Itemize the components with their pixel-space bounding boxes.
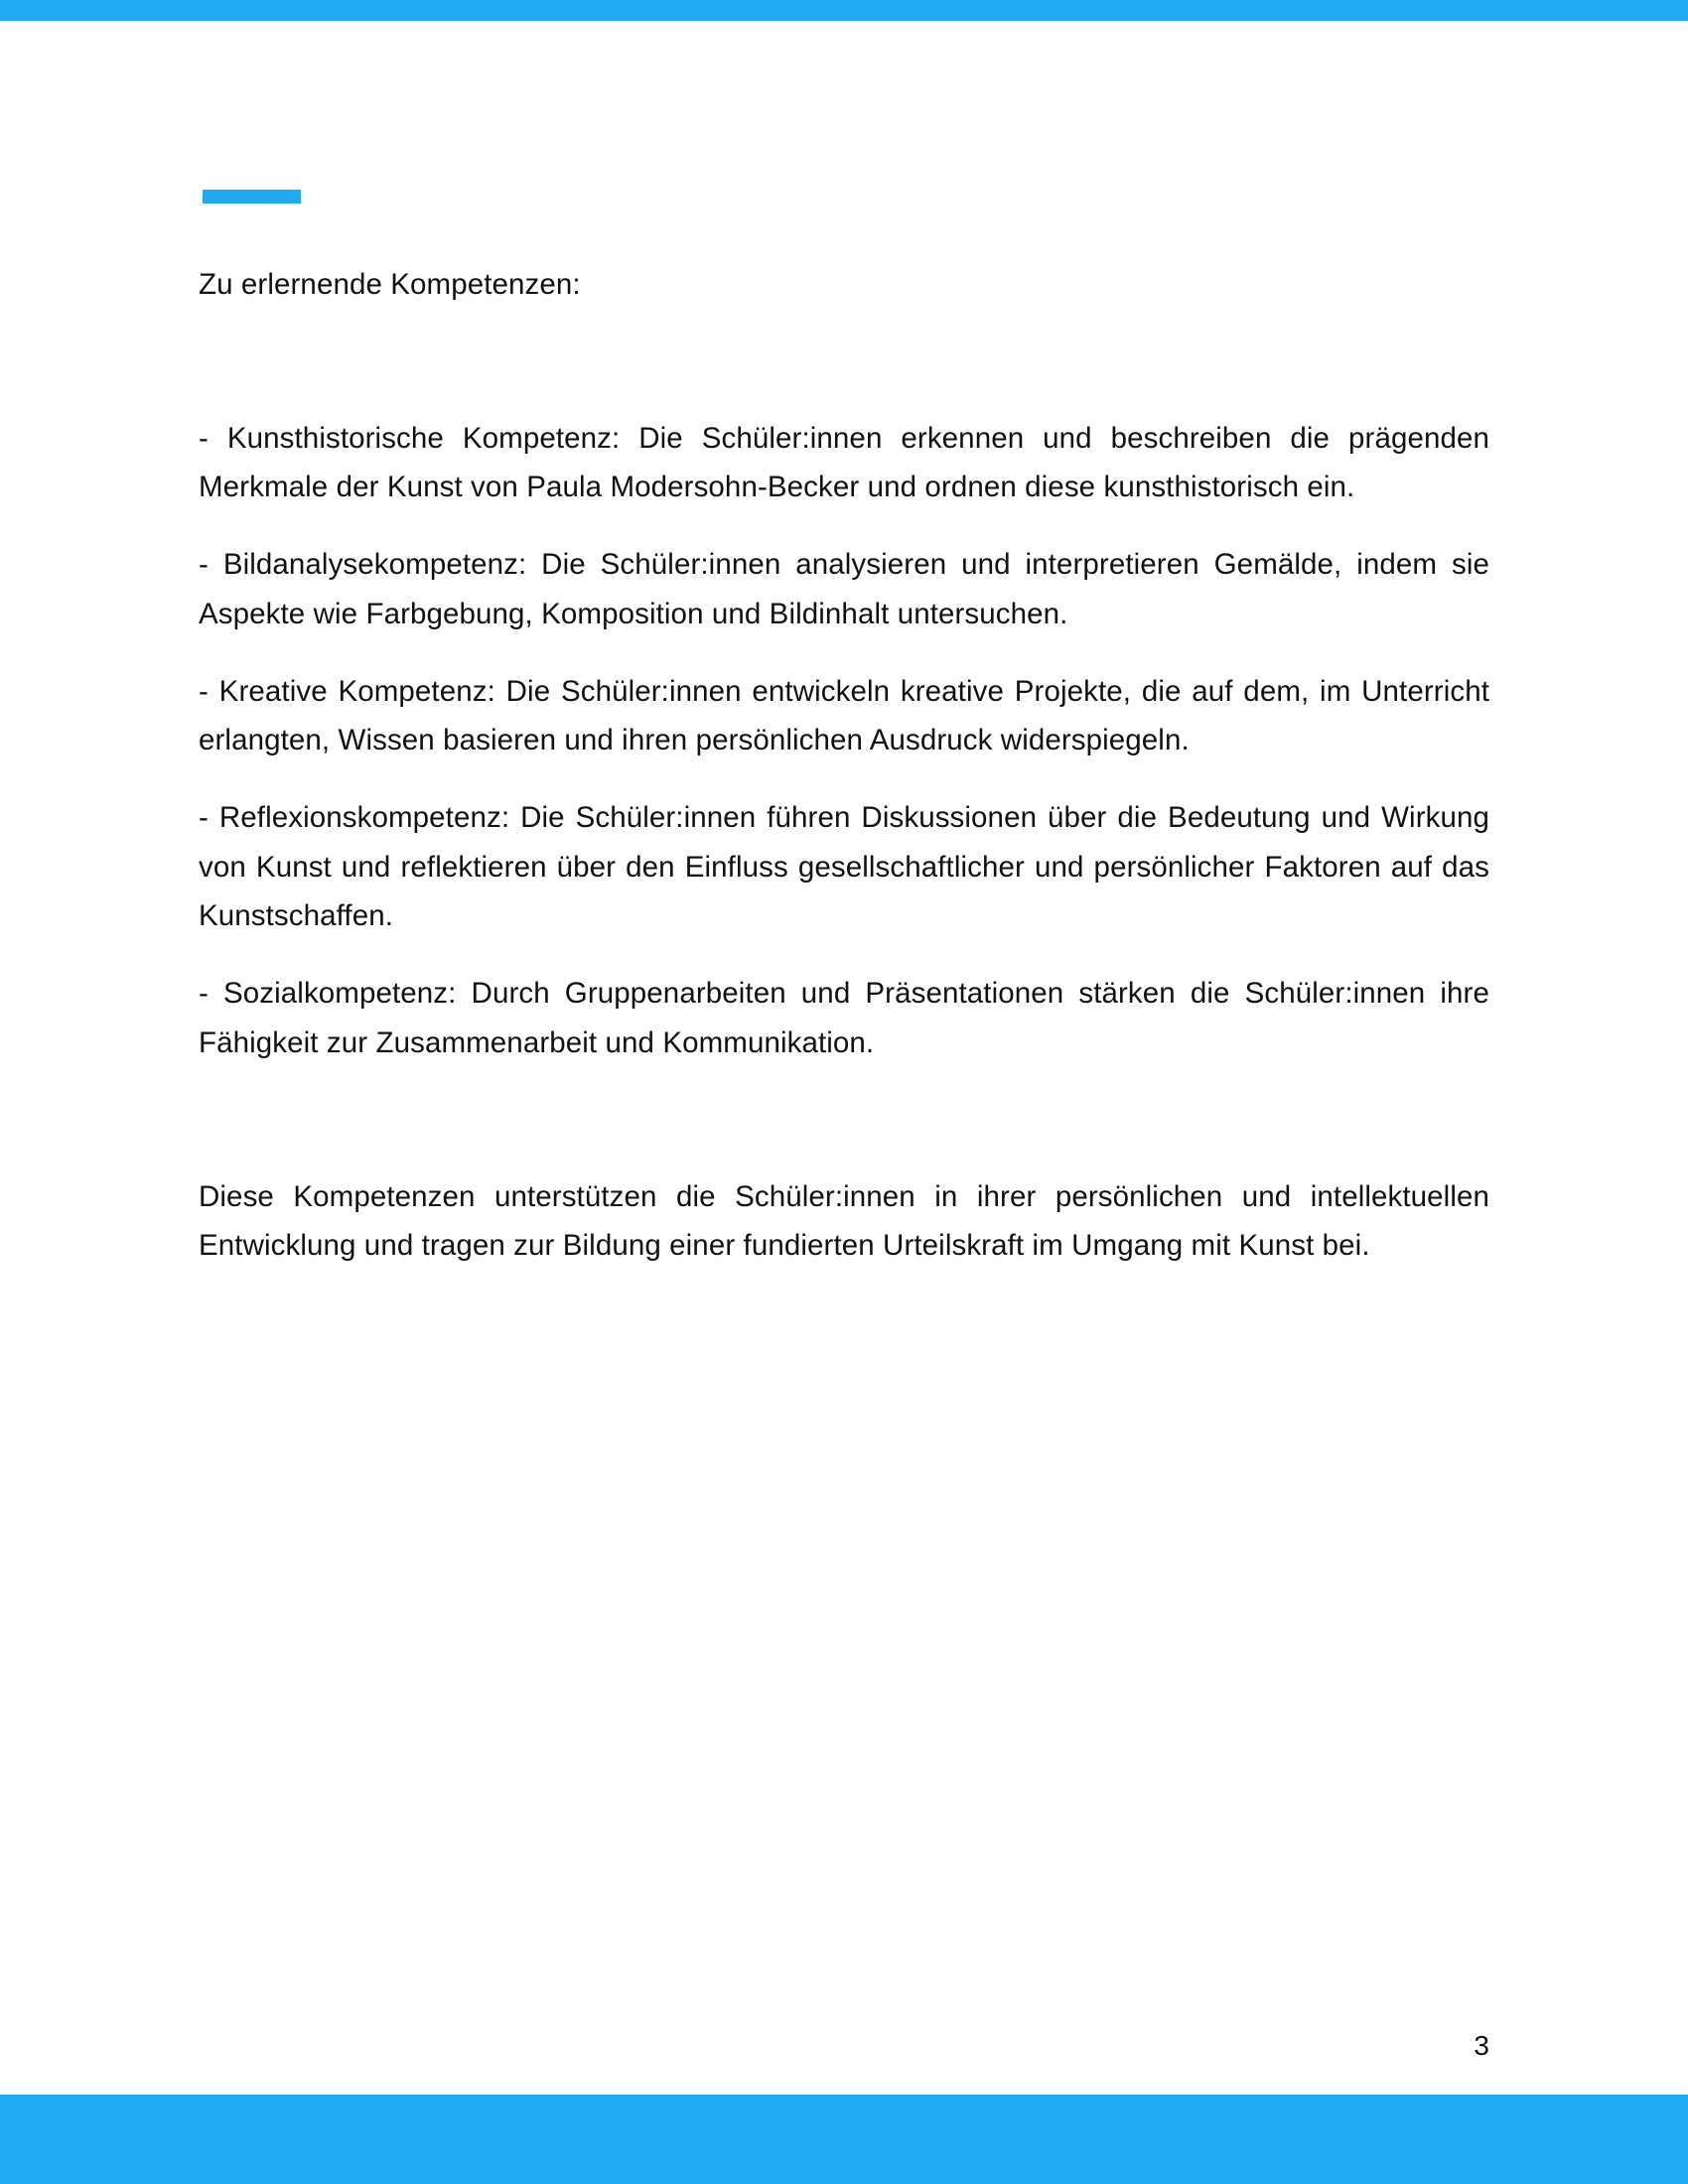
competency-item: - Kunsthistorische Kompetenz: Die Schüle… — [199, 414, 1489, 512]
competency-item: - Bildanalysekompetenz: Die Schüler:inne… — [199, 540, 1489, 638]
section-heading: Zu erlernende Kompetenzen: — [199, 260, 1489, 310]
section-accent-mark — [203, 190, 301, 204]
competency-item: - Reflexionskompetenz: Die Schüler:innen… — [199, 793, 1489, 941]
competency-item: - Kreative Kompetenz: Die Schüler:innen … — [199, 667, 1489, 765]
header-accent-bar — [0, 0, 1688, 21]
page-number: 3 — [1440, 2029, 1489, 2063]
page-content: Zu erlernende Kompetenzen: - Kunsthistor… — [199, 260, 1489, 1271]
competency-item: - Sozialkompetenz: Durch Gruppenarbeiten… — [199, 969, 1489, 1067]
footer-accent-bar — [0, 2095, 1688, 2184]
closing-paragraph: Diese Kompetenzen unterstützen die Schül… — [199, 1172, 1489, 1271]
